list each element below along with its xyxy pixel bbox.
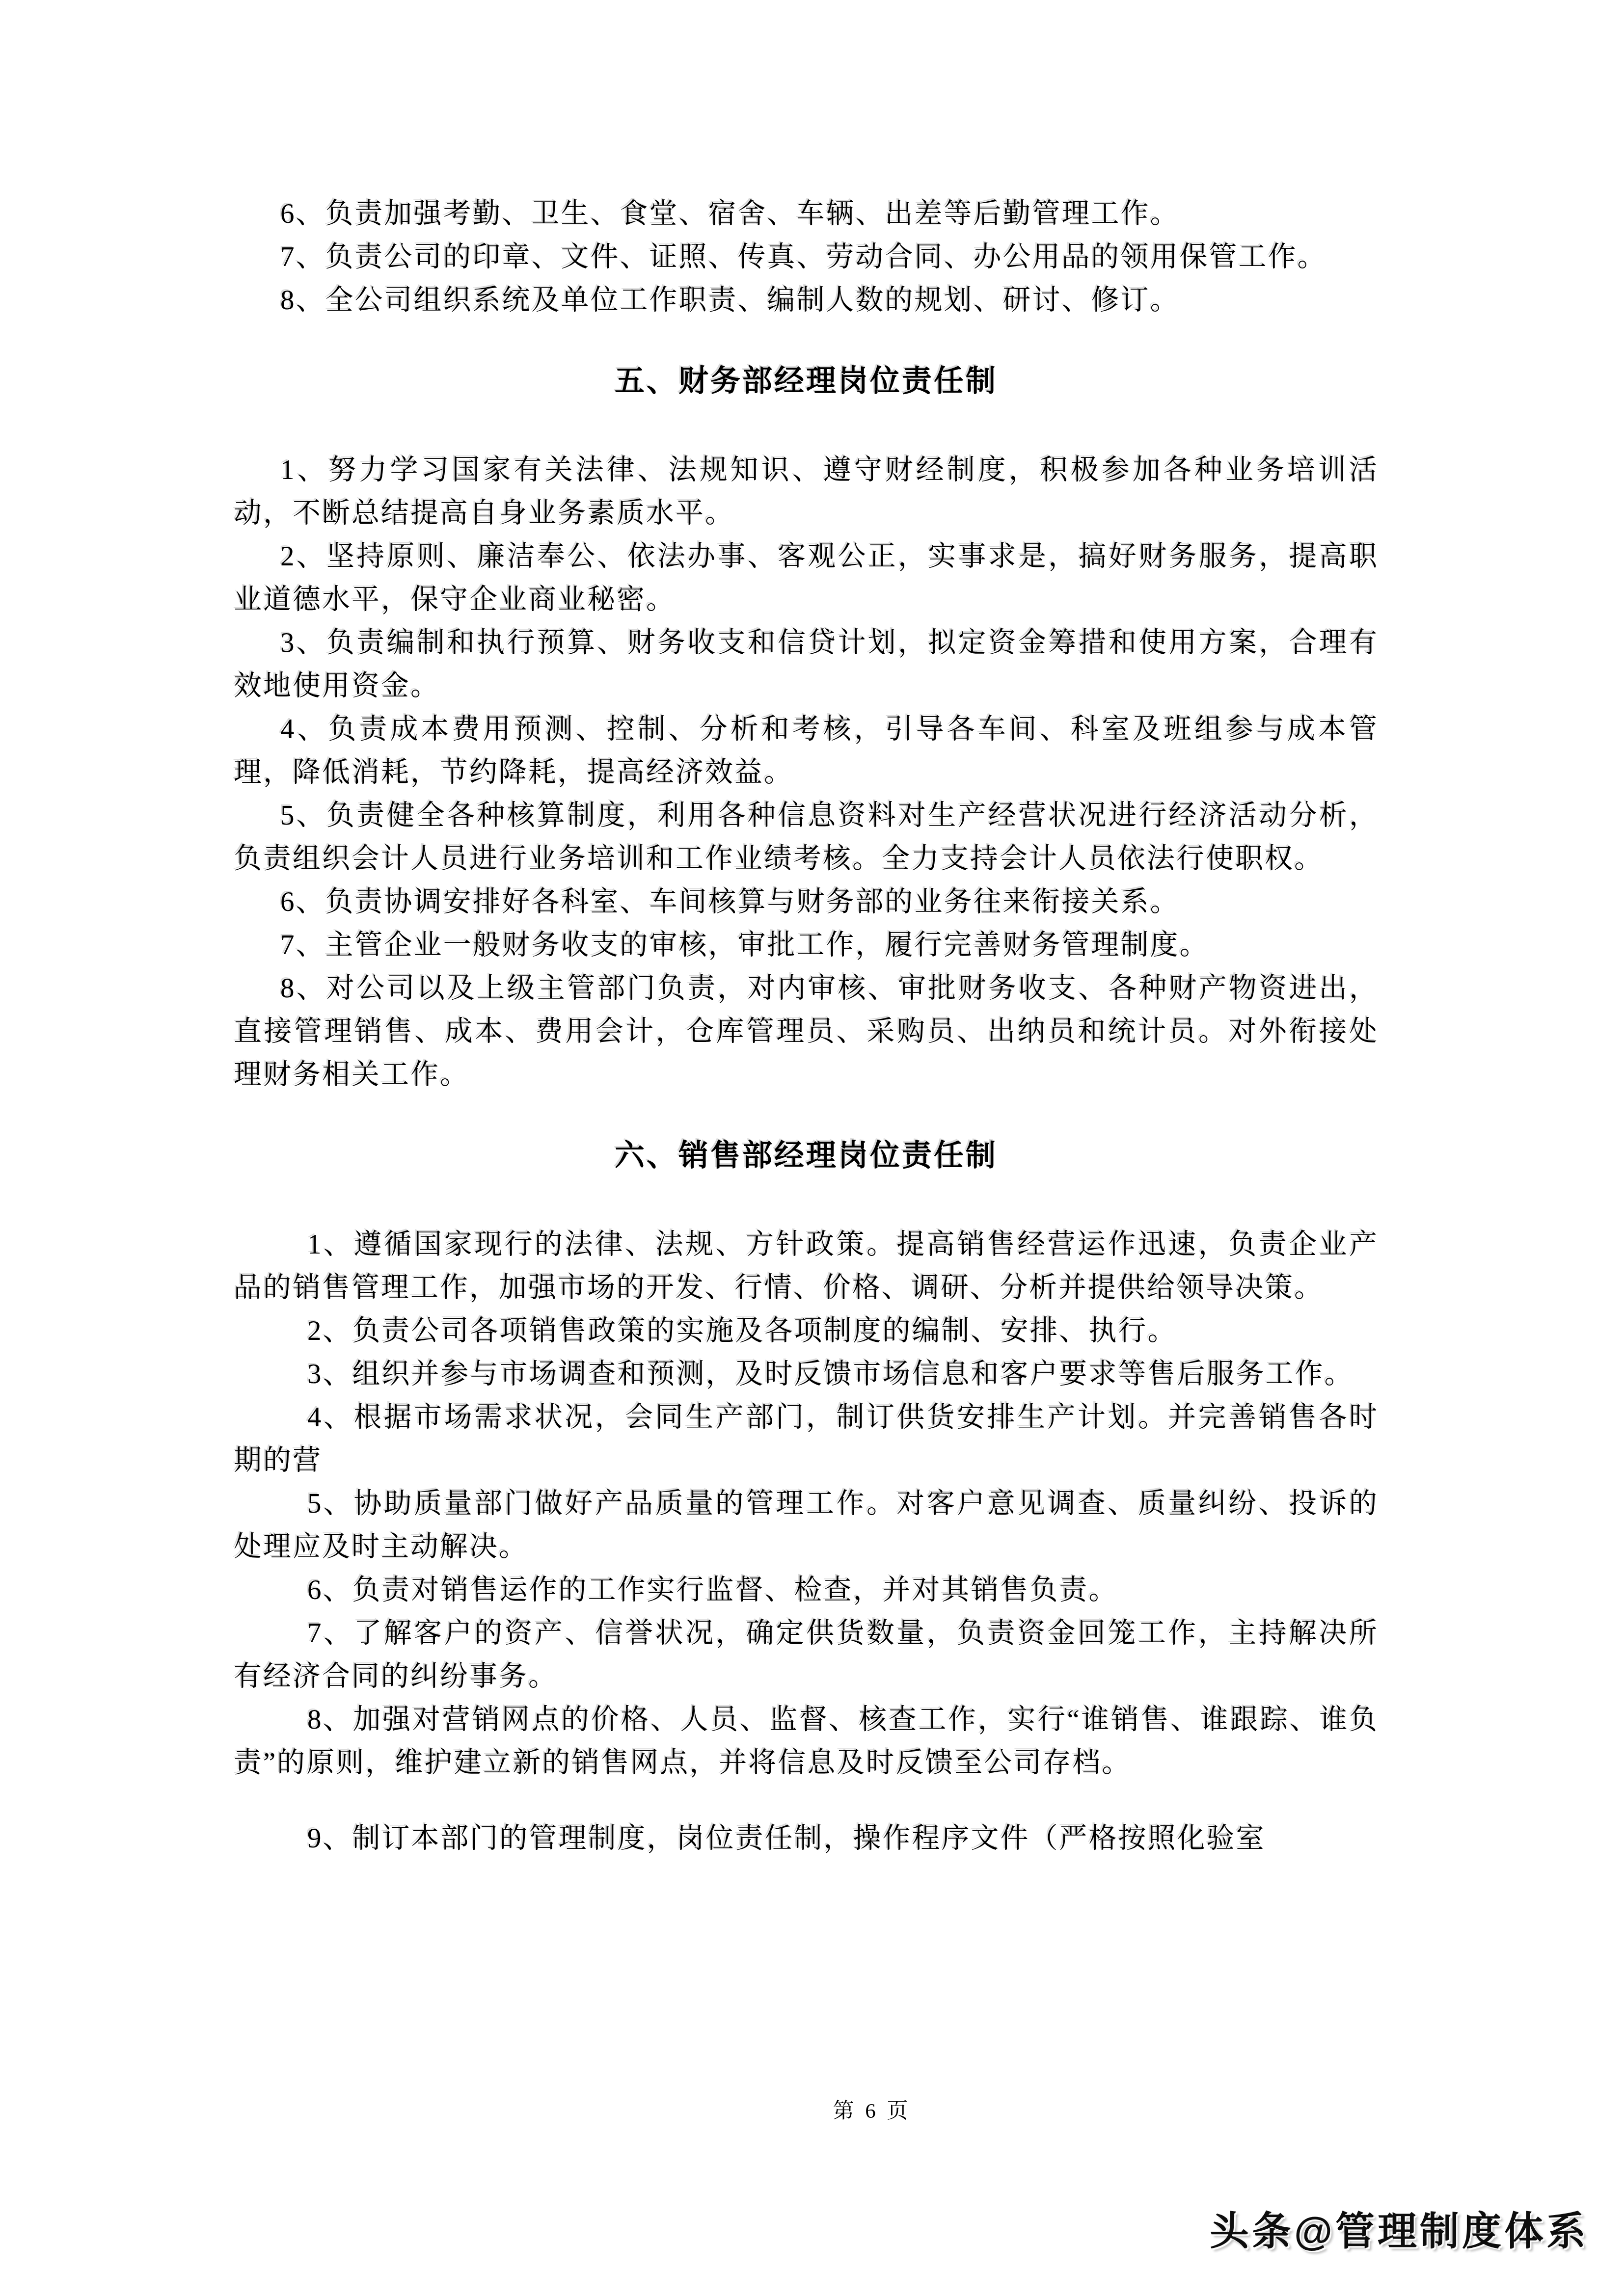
section-heading-finance: 五、财务部经理岗位责任制 <box>234 360 1379 403</box>
paragraph-item: 6、负责对销售运作的工作实行监督、检查，并对其销售负责。 <box>234 1569 1379 1612</box>
paragraph-item: 7、主管企业一般财务收支的审核，审批工作，履行完善财务管理制度。 <box>234 924 1379 967</box>
paragraph-item: 3、负责编制和执行预算、财务收支和信贷计划，拟定资金筹措和使用方案，合理有效地使… <box>234 621 1379 708</box>
document-page: 6、负责加强考勤、卫生、食堂、宿舍、车辆、出差等后勤管理工作。 7、负责公司的印… <box>0 0 1624 2296</box>
paragraph-item: 4、根据市场需求状况，会同生产部门，制订供货安排生产计划。并完善销售各时期的营 <box>234 1396 1379 1482</box>
paragraph-item: 5、协助质量部门做好产品质量的管理工作。对客户意见调查、质量纠纷、投诉的处理应及… <box>234 1482 1379 1569</box>
paragraph-item: 7、负责公司的印章、文件、证照、传真、劳动合同、办公用品的领用保管工作。 <box>234 236 1379 279</box>
paragraph-item: 6、负责加强考勤、卫生、食堂、宿舍、车辆、出差等后勤管理工作。 <box>234 192 1379 236</box>
document-content: 6、负责加强考勤、卫生、食堂、宿舍、车辆、出差等后勤管理工作。 7、负责公司的印… <box>234 192 1379 1860</box>
paragraph-item: 9、制订本部门的管理制度，岗位责任制，操作程序文件（严格按照化验室 <box>234 1817 1379 1860</box>
paragraph-item: 7、了解客户的资产、信誉状况，确定供货数量，负责资金回笼工作，主持解决所有经济合… <box>234 1612 1379 1698</box>
page-number: 第 6 页 <box>299 2097 1444 2126</box>
paragraph-item: 1、努力学习国家有关法律、法规知识、遵守财经制度，积极参加各种业务培训活动，不断… <box>234 449 1379 535</box>
watermark: 头条@管理制度体系 <box>1210 2208 1589 2255</box>
paragraph-item: 6、负责协调安排好各科室、车间核算与财务部的业务往来衔接关系。 <box>234 881 1379 924</box>
paragraph-item: 8、全公司组织系统及单位工作职责、编制人数的规划、研讨、修订。 <box>234 279 1379 322</box>
paragraph-item: 2、坚持原则、廉洁奉公、依法办事、客观公正，实事求是，搞好财务服务，提高职业道德… <box>234 535 1379 621</box>
paragraph-item: 3、组织并参与市场调查和预测，及时反馈市场信息和客户要求等售后服务工作。 <box>234 1353 1379 1396</box>
paragraph-item: 8、对公司以及上级主管部门负责，对内审核、审批财务收支、各种财产物资进出，直接管… <box>234 967 1379 1096</box>
paragraph-item: 2、负责公司各项销售政策的实施及各项制度的编制、安排、执行。 <box>234 1309 1379 1353</box>
paragraph-item: 8、加强对营销网点的价格、人员、监督、核查工作，实行“谁销售、谁跟踪、谁负责”的… <box>234 1698 1379 1785</box>
section-heading-sales: 六、销售部经理岗位责任制 <box>234 1135 1379 1178</box>
paragraph-item: 5、负责健全各种核算制度，利用各种信息资料对生产经营状况进行经济活动分析，负责组… <box>234 794 1379 881</box>
paragraph-item: 4、负责成本费用预测、控制、分析和考核，引导各车间、科室及班组参与成本管理，降低… <box>234 708 1379 794</box>
paragraph-item: 1、遵循国家现行的法律、法规、方针政策。提高销售经营运作迅速，负责企业产品的销售… <box>234 1223 1379 1309</box>
